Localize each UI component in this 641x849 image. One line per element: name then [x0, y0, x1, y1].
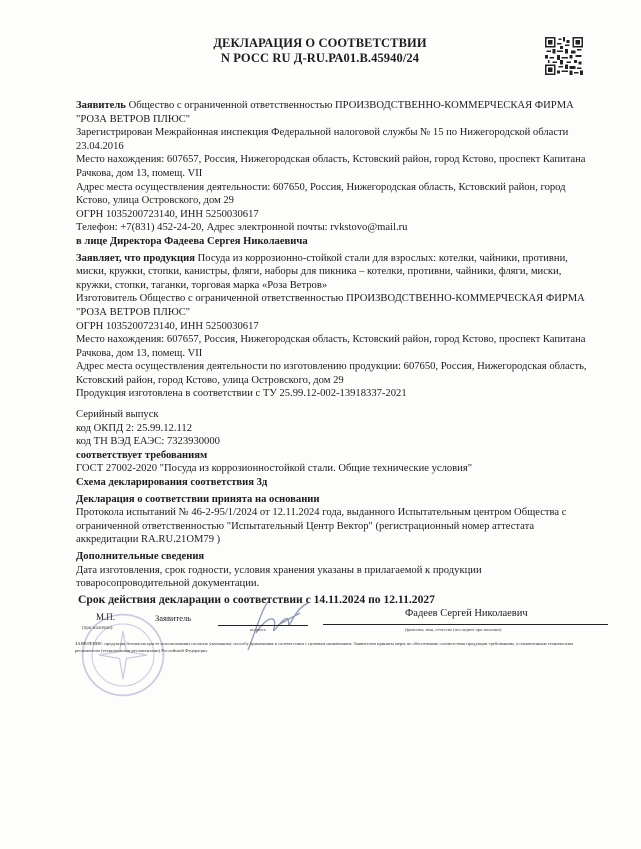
product-label: Заявляет, что продукция	[76, 253, 195, 264]
okpd2-code: код ОКПД 2: 25.99.12.112	[76, 422, 596, 436]
applicant-name: Общество с ограниченной ответственностью…	[76, 100, 574, 125]
codes-section: Серийный выпуск код ОКПД 2: 25.99.12.112…	[76, 408, 596, 449]
manufacturer-location: Место нахождения: 607657, Россия, Нижего…	[76, 333, 596, 360]
declaration-body: Заявитель Общество с ограниченной ответс…	[76, 99, 596, 591]
applicant-location: Место нахождения: 607657, Россия, Нижего…	[76, 153, 596, 180]
additional-text: Дата изготовления, срок годности, услови…	[76, 564, 596, 591]
company-stamp-icon	[80, 612, 166, 698]
manufacturer-section: Изготовитель Общество с ограниченной отв…	[76, 292, 596, 401]
signer-name: Фадеев Сергей Николаевич	[405, 608, 528, 619]
signature-line	[218, 625, 308, 626]
additional-label: Дополнительные сведения	[76, 550, 596, 564]
disclaimer: ЗАЯВЛЕНИЕ: продукция безопасна при ее ис…	[75, 640, 595, 654]
declaration-scheme: Схема декларирования соответствия 3д	[76, 476, 596, 490]
qr-code-icon	[545, 37, 583, 75]
title-line-1: ДЕКЛАРАЦИЯ О СООТВЕТСТВИИ	[150, 36, 490, 51]
applicant-activity-address: Адрес места осуществления деятельности: …	[76, 181, 596, 208]
signature-sublabel: подпись	[250, 627, 266, 632]
additional-section: Дополнительные сведения Дата изготовлени…	[76, 550, 596, 591]
requirements-label: соответствует требованиям	[76, 449, 596, 463]
basis-section: Декларация о соответствии принята на осн…	[76, 493, 596, 547]
applicant-section: Заявитель Общество с ограниченной ответс…	[76, 99, 596, 249]
seal-label: М.П.	[96, 612, 115, 622]
manufacturer-spec: Продукция изготовлена в соответствии с Т…	[76, 387, 596, 401]
manufacturer-production-address: Адрес места осуществления деятельности п…	[76, 360, 596, 387]
applicant-contacts: Телефон: +7(831) 452-24-20, Адрес электр…	[76, 221, 596, 235]
name-line	[323, 624, 608, 625]
declaration-number: N РОСС RU Д-RU.РА01.В.45940/24	[150, 51, 490, 66]
document-title: ДЕКЛАРАЦИЯ О СООТВЕТСТВИИ N РОСС RU Д-RU…	[150, 36, 490, 66]
tn-ved-code: код ТН ВЭД ЕАЭС: 7323930000	[76, 435, 596, 449]
basis-text: Протокола испытаний № 46-2-95/1/2024 от …	[76, 506, 596, 547]
manufacturer-name: Изготовитель Общество с ограниченной отв…	[76, 292, 596, 319]
product-section: Заявляет, что продукция Посуда из корроз…	[76, 252, 596, 293]
seal-sublabel: (при наличии)	[82, 626, 112, 631]
manufacturer-ogrn-inn: ОГРН 1035200723140, ИНН 5250030617	[76, 320, 596, 334]
applicant-ogrn-inn: ОГРН 1035200723140, ИНН 5250030617	[76, 208, 596, 222]
signer-role-label: Заявитель	[155, 613, 191, 623]
applicant-registration: Зарегистрирован Межрайонная инспекция Фе…	[76, 126, 596, 153]
name-sublabel: (фамилия, имя, отчество (последнее при н…	[405, 627, 501, 632]
release-type: Серийный выпуск	[76, 408, 596, 422]
requirements-standard: ГОСТ 27002-2020 "Посуда из коррозионност…	[76, 462, 596, 476]
basis-label: Декларация о соответствии принята на осн…	[76, 493, 596, 507]
declaration-page: ДЕКЛАРАЦИЯ О СООТВЕТСТВИИ N РОСС RU Д-RU…	[0, 0, 641, 849]
applicant-label: Заявитель	[76, 100, 126, 111]
requirements-section: соответствует требованиям ГОСТ 27002-202…	[76, 449, 596, 490]
applicant-represented-by: в лице Директора Фадеева Сергея Николаев…	[76, 235, 596, 249]
